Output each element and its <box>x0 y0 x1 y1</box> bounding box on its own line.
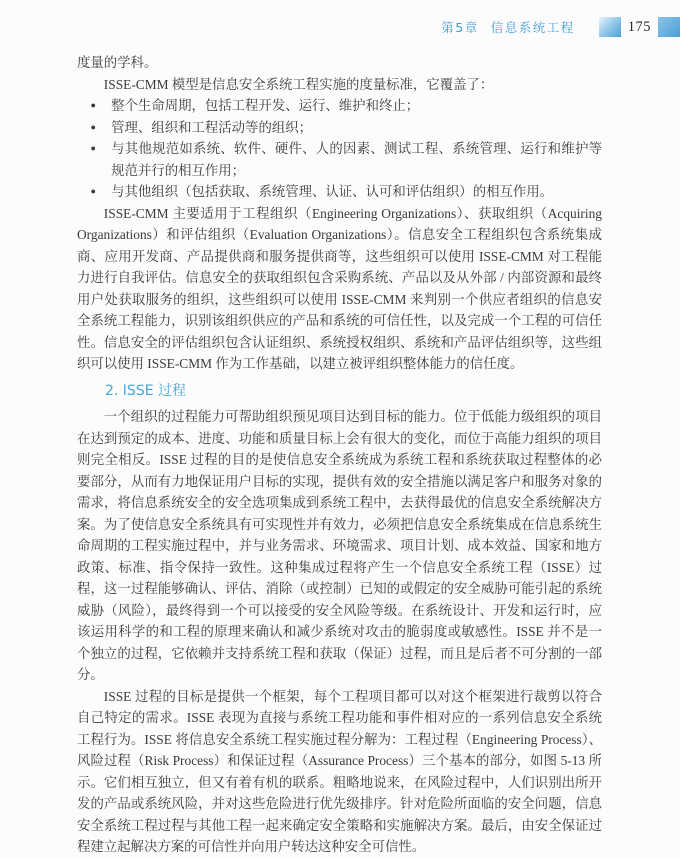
page-number: 175 <box>628 19 651 36</box>
list-item: ● 整个生命周期，包括工程开发、运行、维护和终止； <box>77 95 602 117</box>
bullet-icon: ● <box>91 95 96 117</box>
chapter-label: 第5章 <box>441 20 478 35</box>
paragraph-isse-process-1: 一个组织的过程能力可帮助组织预见项目达到目标的能力。位于低能力级组织的项目在达到… <box>77 406 602 686</box>
header-accent-square-icon <box>599 17 621 37</box>
list-item-text: 整个生命周期，包括工程开发、运行、维护和终止； <box>111 98 419 113</box>
chapter-title: 信息系统工程 <box>491 20 575 35</box>
running-head: 第5章信息系统工程 <box>441 18 574 36</box>
section-heading-isse-process: 2. ISSE 过程 <box>77 381 602 403</box>
paragraph-isse-cmm-applicability: ISSE-CMM 主要适用于工程组织（Engineering Organizat… <box>77 203 602 375</box>
paragraph-continuation: 度量的学科。 <box>77 52 602 74</box>
isse-cmm-coverage-list: ● 整个生命周期，包括工程开发、运行、维护和终止； ● 管理、组织和工程活动等的… <box>77 95 602 203</box>
paragraph-isse-cmm-intro: ISSE-CMM 模型是信息安全系统工程实施的度量标准，它覆盖了： <box>77 74 602 96</box>
bullet-icon: ● <box>91 138 96 160</box>
list-item: ● 与其他组织（包括获取、系统管理、认证、认可和评估组织）的相互作用。 <box>77 181 602 203</box>
header-edge-square-icon <box>658 17 680 37</box>
bullet-icon: ● <box>91 181 96 203</box>
list-item-text: 管理、组织和工程活动等的组织； <box>111 120 312 135</box>
paragraph-isse-process-2: ISSE 过程的目标是提供一个框架，每个工程项目都可以对这个框架进行裁剪以符合自… <box>77 686 602 858</box>
list-item-text: 与其他组织（包括获取、系统管理、认证、认可和评估组织）的相互作用。 <box>111 184 553 199</box>
bullet-icon: ● <box>91 117 96 139</box>
list-item: ● 与其他规范如系统、软件、硬件、人的因素、测试工程、系统管理、运行和维护等规范… <box>77 138 602 181</box>
list-item: ● 管理、组织和工程活动等的组织； <box>77 117 602 139</box>
page-header: 第5章信息系统工程 175 <box>441 16 680 38</box>
list-item-text: 与其他规范如系统、软件、硬件、人的因素、测试工程、系统管理、运行和维护等规范并行… <box>111 141 602 178</box>
page-content: 度量的学科。 ISSE-CMM 模型是信息安全系统工程实施的度量标准，它覆盖了：… <box>77 52 602 858</box>
